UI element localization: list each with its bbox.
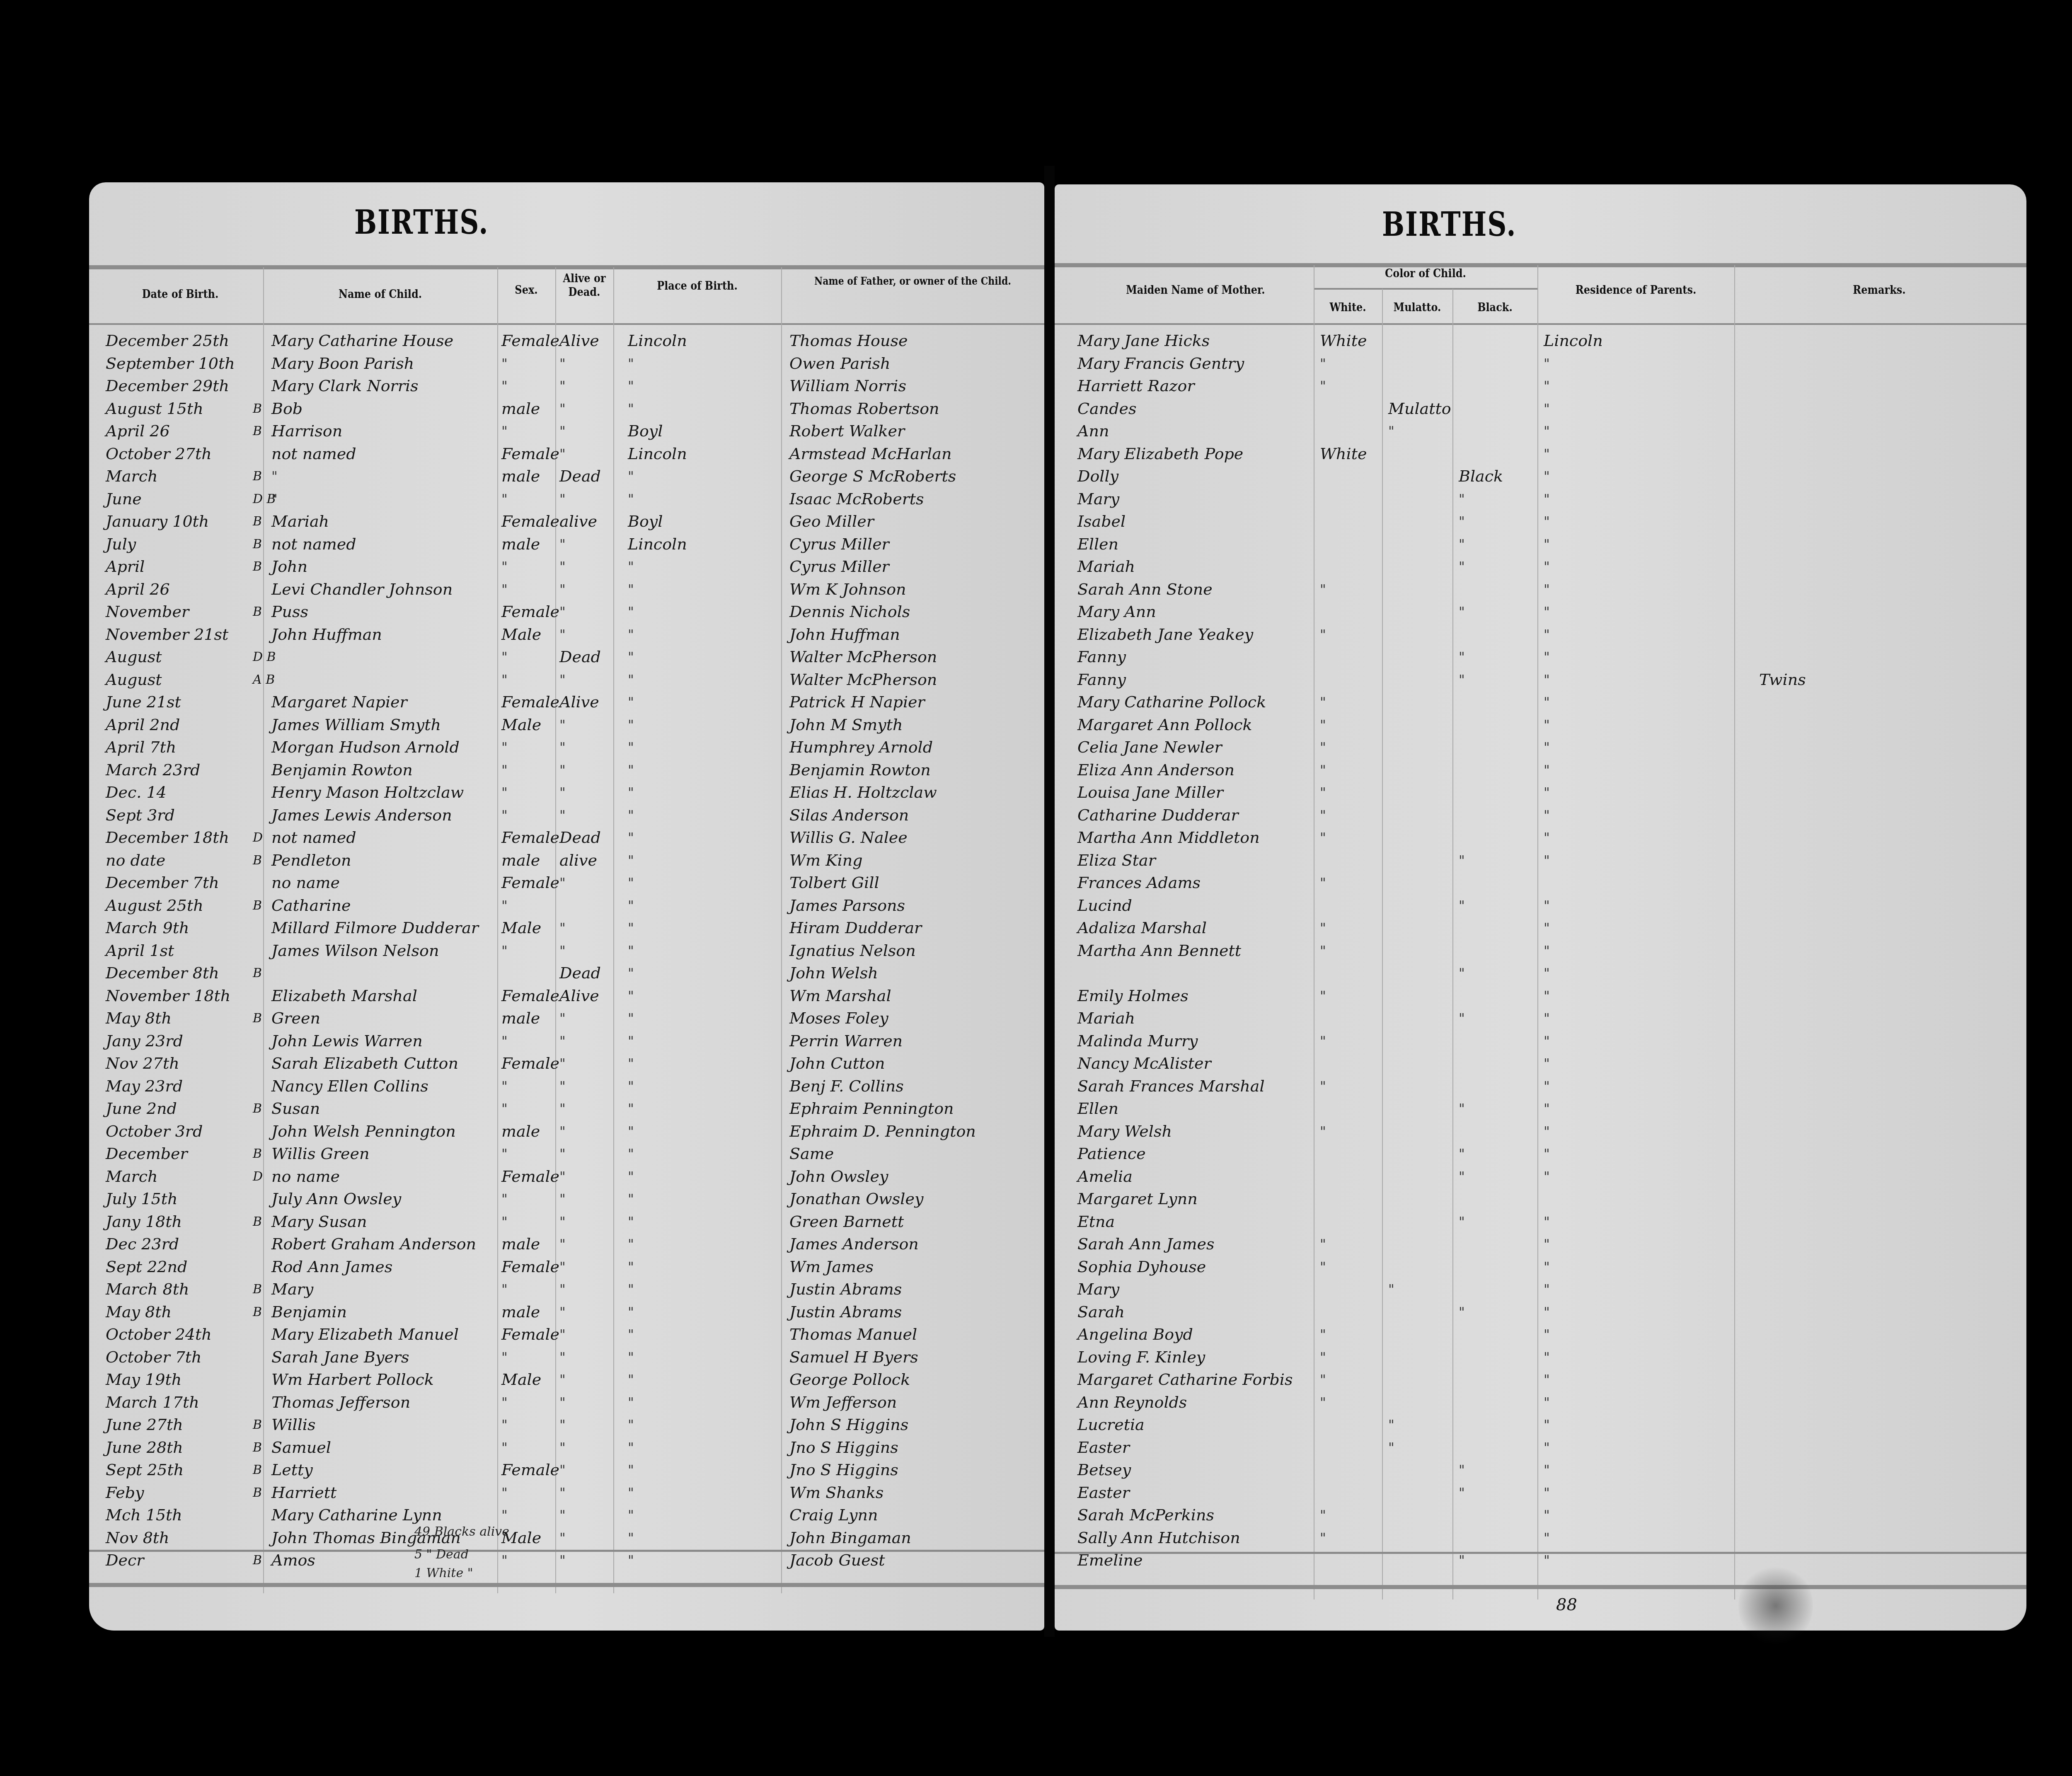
sex: " [501, 736, 508, 759]
sex: male [501, 533, 540, 556]
color-mulatto: " [1388, 1413, 1394, 1436]
status-mark: B [253, 1436, 262, 1459]
date-of-birth: December 25th [106, 329, 229, 352]
father-name: Tolbert Gill [789, 871, 879, 894]
sex: " [501, 1481, 508, 1504]
mother-maiden-name: Amelia [1077, 1165, 1133, 1188]
child-name: not named [271, 533, 356, 556]
table-row: Betsey"" [1055, 1459, 2026, 1481]
table-row: December 29thMary Clark Norris"""William… [89, 375, 1044, 397]
father-name: Justin Abrams [789, 1301, 902, 1324]
residence-of-parents: " [1544, 1210, 1550, 1233]
mother-maiden-name: Sarah Ann Stone [1077, 578, 1213, 601]
table-row: AugustA B"""Walter McPherson [89, 668, 1044, 691]
father-name: John Owsley [789, 1165, 888, 1188]
table-row: FebyBHarriett"""Wm Shanks [89, 1481, 1044, 1504]
table-row: Isabel"" [1055, 510, 2026, 533]
father-name: Justin Abrams [789, 1278, 902, 1301]
color-black: " [1459, 555, 1465, 578]
header-alive-or-dead: Alive or Dead. [562, 271, 607, 299]
alive-or-dead: " [559, 375, 566, 397]
father-name: George S McRoberts [789, 465, 956, 488]
father-name: Wm King [789, 849, 863, 872]
header-bottom-rule [89, 323, 1044, 325]
residence-of-parents: " [1544, 962, 1550, 985]
father-name: Walter McPherson [789, 668, 937, 691]
place-of-birth: " [628, 623, 634, 646]
mother-maiden-name: Martha Ann Bennett [1077, 939, 1241, 962]
father-name: John Huffman [789, 623, 900, 646]
date-of-birth: December 29th [106, 375, 229, 397]
mother-maiden-name: Sarah Frances Marshal [1077, 1075, 1265, 1098]
color-white: " [1320, 781, 1326, 804]
date-of-birth: Sept 25th [106, 1459, 184, 1481]
alive-or-dead: Alive [559, 329, 599, 352]
sex: " [501, 804, 508, 827]
father-name: Isaac McRoberts [789, 488, 924, 511]
date-of-birth: April 26 [106, 420, 170, 443]
child-name: July Ann Owsley [271, 1188, 401, 1210]
residence-of-parents: " [1544, 1504, 1550, 1527]
table-row: Fanny""Twins [1055, 668, 2026, 691]
sex: male [501, 1007, 540, 1030]
date-of-birth: June 28th [106, 1436, 183, 1459]
sex: Male [501, 623, 541, 646]
mother-maiden-name: Margaret Lynn [1077, 1188, 1198, 1210]
place-of-birth: " [628, 1142, 634, 1165]
residence-of-parents: " [1544, 646, 1550, 668]
child-name: John Welsh Pennington [271, 1120, 456, 1143]
status-mark: B [253, 1007, 262, 1030]
mother-maiden-name: Dolly [1077, 465, 1118, 488]
header-mulatto: Mulatto. [1382, 300, 1452, 314]
mother-maiden-name: Fanny [1077, 668, 1126, 691]
sex: " [501, 1504, 508, 1527]
child-name: not named [271, 826, 356, 849]
place-of-birth: " [628, 352, 634, 375]
place-of-birth: " [628, 1030, 634, 1053]
table-row: Easter"" [1055, 1481, 2026, 1504]
date-of-birth: Dec 23rd [106, 1233, 179, 1256]
child-name: Mary Clark Norris [271, 375, 419, 397]
sex: " [501, 1030, 508, 1053]
table-row: Dec. 14Henry Mason Holtzclaw"""Elias H. … [89, 781, 1044, 804]
place-of-birth: " [628, 1052, 634, 1075]
mother-maiden-name: Ann [1077, 420, 1109, 443]
alive-or-dead: Alive [559, 985, 599, 1007]
mother-maiden-name: Sarah McPerkins [1077, 1504, 1214, 1527]
place-of-birth: " [628, 1188, 634, 1210]
mother-maiden-name: Easter [1077, 1481, 1130, 1504]
child-name: Mary [271, 1278, 313, 1301]
sex: Female [501, 1165, 559, 1188]
table-row: January 10thBMariahFemalealiveBoylGeo Mi… [89, 510, 1044, 533]
header-bottom-rule [1055, 323, 2026, 325]
table-row: November 18thElizabeth MarshalFemaleAliv… [89, 985, 1044, 1007]
residence-of-parents: " [1544, 985, 1550, 1007]
date-of-birth: November [106, 600, 189, 623]
mother-maiden-name: Loving F. Kinley [1077, 1346, 1205, 1369]
date-of-birth: Nov 8th [106, 1527, 169, 1549]
status-mark: B [253, 420, 262, 443]
table-row: June 2ndBSusan"""Ephraim Pennington [89, 1097, 1044, 1120]
color-white: " [1320, 1323, 1326, 1346]
place-of-birth: " [628, 555, 634, 578]
father-name: Cyrus Miller [789, 533, 889, 556]
date-of-birth: June 21st [106, 691, 181, 714]
footer-rule [89, 1550, 1044, 1552]
place-of-birth: " [628, 1368, 634, 1391]
color-mulatto: " [1388, 1278, 1394, 1301]
father-name: John Cutton [789, 1052, 885, 1075]
alive-or-dead: " [559, 443, 566, 465]
residence-of-parents: " [1544, 939, 1550, 962]
page-number: 88 [1556, 1595, 1577, 1614]
table-row: JuneD B""""Isaac McRoberts [89, 488, 1044, 511]
alive-or-dead: alive [559, 510, 597, 533]
book-gutter [1044, 166, 1055, 1637]
father-name: James Parsons [789, 894, 905, 917]
table-row: Martha Ann Middleton"" [1055, 826, 2026, 849]
alive-or-dead: " [559, 1188, 566, 1210]
color-black: " [1459, 1481, 1465, 1504]
table-row: May 19thWm Harbert PollockMale""George P… [89, 1368, 1044, 1391]
place-of-birth: " [628, 781, 634, 804]
table-row: no dateBPendletonmalealive"Wm King [89, 849, 1044, 872]
status-mark: B [253, 397, 262, 420]
father-name: Benj F. Collins [789, 1075, 904, 1098]
alive-or-dead: " [559, 1030, 566, 1053]
alive-or-dead: " [559, 759, 566, 782]
residence-of-parents: " [1544, 600, 1550, 623]
mother-maiden-name: Eliza Ann Anderson [1077, 759, 1234, 782]
mother-maiden-name: Mary Elizabeth Pope [1077, 443, 1243, 465]
sex: " [501, 1413, 508, 1436]
child-name: " [271, 488, 278, 511]
date-of-birth: December 8th [106, 962, 219, 985]
father-name: Ignatius Nelson [789, 939, 916, 962]
place-of-birth: " [628, 985, 634, 1007]
sex: " [501, 668, 508, 691]
remarks: Twins [1759, 668, 1806, 691]
table-row: April 1stJames Wilson Nelson"""Ignatius … [89, 939, 1044, 962]
alive-or-dead: " [559, 736, 566, 759]
father-name: Wm K Johnson [789, 578, 906, 601]
child-name: Benjamin [271, 1301, 347, 1324]
color-white: " [1320, 1030, 1326, 1053]
table-row: March 17thThomas Jefferson"""Wm Jefferso… [89, 1391, 1044, 1414]
mother-maiden-name: Margaret Catharine Forbis [1077, 1368, 1293, 1391]
table-row: Mariah"" [1055, 1007, 2026, 1030]
table-row: Mch 15thMary Catharine Lynn"""Craig Lynn [89, 1504, 1044, 1527]
alive-or-dead: " [559, 555, 566, 578]
place-of-birth: " [628, 1481, 634, 1504]
status-mark: B [253, 510, 262, 533]
place-of-birth: Boyl [628, 510, 663, 533]
sex: " [501, 1549, 508, 1572]
color-white: " [1320, 871, 1326, 894]
mother-maiden-name: Adaliza Marshal [1077, 917, 1207, 939]
status-mark: B [253, 962, 262, 985]
table-row: Mary Ann"" [1055, 600, 2026, 623]
father-name: Jonathan Owsley [789, 1188, 923, 1210]
child-name: Mary Catharine House [271, 329, 453, 352]
sex: " [501, 1346, 508, 1369]
residence-of-parents: " [1544, 420, 1550, 443]
date-of-birth: April [106, 555, 145, 578]
place-of-birth: Lincoln [628, 533, 687, 556]
table-row: December 7thno nameFemale""Tolbert Gill [89, 871, 1044, 894]
color-white: " [1320, 578, 1326, 601]
residence-of-parents: " [1544, 1052, 1550, 1075]
mother-maiden-name: Ellen [1077, 1097, 1118, 1120]
table-row: Nov 8thJohn Thomas BingamanMale""John Bi… [89, 1527, 1044, 1549]
table-row: October 3rdJohn Welsh Penningtonmale""Ep… [89, 1120, 1044, 1143]
mother-maiden-name: Eliza Star [1077, 849, 1156, 872]
table-row: Sarah McPerkins"" [1055, 1504, 2026, 1527]
residence-of-parents: " [1544, 465, 1550, 488]
mother-maiden-name: Celia Jane Newler [1077, 736, 1222, 759]
child-name: Willis Green [271, 1142, 370, 1165]
color-black: " [1459, 510, 1465, 533]
color-white: " [1320, 939, 1326, 962]
table-row: Mariah"" [1055, 555, 2026, 578]
child-name: Benjamin Rowton [271, 759, 413, 782]
date-of-birth: August 25th [106, 894, 203, 917]
status-mark: B [253, 533, 262, 556]
header-top-rule [1055, 263, 2026, 267]
residence-of-parents: " [1544, 1278, 1550, 1301]
table-row: Jany 18thBMary Susan"""Green Barnett [89, 1210, 1044, 1233]
sex: " [501, 894, 508, 917]
status-mark: B [253, 1549, 262, 1572]
status-mark: D [253, 826, 263, 849]
sex: " [501, 1075, 508, 1098]
table-row: Ann"" [1055, 420, 2026, 443]
table-row: April 7thMorgan Hudson Arnold"""Humphrey… [89, 736, 1044, 759]
residence-of-parents: " [1544, 849, 1550, 872]
color-black: Black [1459, 465, 1503, 488]
table-row: Adaliza Marshal"" [1055, 917, 2026, 939]
date-of-birth: Sept 22nd [106, 1256, 187, 1278]
sex: male [501, 397, 540, 420]
father-name: Samuel H Byers [789, 1346, 918, 1369]
table-row: AugustD B"Dead"Walter McPherson [89, 646, 1044, 668]
mother-maiden-name: Martha Ann Middleton [1077, 826, 1260, 849]
sex: " [501, 646, 508, 668]
header-place-of-birth: Place of Birth. [613, 278, 781, 293]
residence-of-parents: " [1544, 1368, 1550, 1391]
sex: Female [501, 510, 559, 533]
father-name: Owen Parish [789, 352, 891, 375]
father-name: Robert Walker [789, 420, 905, 443]
child-name: Amos [271, 1549, 315, 1572]
residence-of-parents: " [1544, 623, 1550, 646]
table-row: Sarah"" [1055, 1301, 2026, 1324]
sex: Female [501, 600, 559, 623]
sex: " [501, 578, 508, 601]
place-of-birth: " [628, 1120, 634, 1143]
table-row: Jany 23rdJohn Lewis Warren"""Perrin Warr… [89, 1030, 1044, 1053]
date-of-birth: Mch 15th [106, 1504, 182, 1527]
header-maiden-name-of-mother: Maiden Name of Mother. [1080, 283, 1312, 297]
table-row: November 21stJohn HuffmanMale""John Huff… [89, 623, 1044, 646]
table-row: March 9thMillard Filmore DudderarMale""H… [89, 917, 1044, 939]
father-name: Thomas Manuel [789, 1323, 917, 1346]
child-name: Harriett [271, 1481, 336, 1504]
residence-of-parents: " [1544, 1075, 1550, 1098]
table-row: Emily Holmes"" [1055, 985, 2026, 1007]
table-row: May 23rdNancy Ellen Collins"""Benj F. Co… [89, 1075, 1044, 1098]
color-black: " [1459, 1210, 1465, 1233]
child-name: not named [271, 443, 356, 465]
color-black: " [1459, 488, 1465, 511]
child-name: Elizabeth Marshal [271, 985, 417, 1007]
father-name: Elias H. Holtzclaw [789, 781, 937, 804]
child-name: Susan [271, 1097, 320, 1120]
father-name: John Welsh [789, 962, 878, 985]
child-name: Levi Chandler Johnson [271, 578, 453, 601]
color-black: " [1459, 1301, 1465, 1324]
tally-dead: 5 " Dead [414, 1548, 469, 1562]
mother-maiden-name: Ellen [1077, 533, 1118, 556]
date-of-birth: June 2nd [106, 1097, 177, 1120]
child-name: Willis [271, 1413, 316, 1436]
header-date-of-birth: Date of Birth. [97, 287, 263, 301]
sex: " [501, 1278, 508, 1301]
child-name: Pendleton [271, 849, 351, 872]
mother-maiden-name: Malinda Murry [1077, 1030, 1198, 1053]
sex: " [501, 1210, 508, 1233]
place-of-birth: " [628, 1256, 634, 1278]
date-of-birth: Sept 3rd [106, 804, 175, 827]
date-of-birth: November 21st [106, 623, 228, 646]
status-mark: B [253, 1142, 262, 1165]
status-mark: B [253, 1413, 262, 1436]
table-row: Eliza Ann Anderson"" [1055, 759, 2026, 782]
place-of-birth: " [628, 1459, 634, 1481]
place-of-birth: " [628, 691, 634, 714]
alive-or-dead: " [559, 623, 566, 646]
mother-maiden-name: Harriett Razor [1077, 375, 1195, 397]
table-row: DecrBAmos"""Jacob Guest [89, 1549, 1044, 1572]
table-row: Sarah Ann Stone"" [1055, 578, 2026, 601]
child-name: no name [271, 1165, 340, 1188]
left-page-title: BIRTHS. [354, 203, 489, 242]
father-name: John Bingaman [789, 1527, 911, 1549]
alive-or-dead: Dead [559, 465, 601, 488]
place-of-birth: " [628, 578, 634, 601]
table-row: Lucretia"" [1055, 1413, 2026, 1436]
father-name: Jno S Higgins [789, 1436, 898, 1459]
table-row: Margaret Ann Pollock"" [1055, 714, 2026, 736]
color-black: " [1459, 1097, 1465, 1120]
child-name: Mary Susan [271, 1210, 367, 1233]
alive-or-dead: Dead [559, 646, 601, 668]
mother-maiden-name: Candes [1077, 397, 1137, 420]
status-mark: B [253, 849, 262, 872]
child-name: John Huffman [271, 623, 382, 646]
color-white: " [1320, 623, 1326, 646]
sex: male [501, 1120, 540, 1143]
alive-or-dead: " [559, 1301, 566, 1324]
header-remarks: Remarks. [1734, 283, 2024, 297]
table-row: Nov 27thSarah Elizabeth CuttonFemale""Jo… [89, 1052, 1044, 1075]
place-of-birth: " [628, 962, 634, 985]
child-name: Mary Elizabeth Manuel [271, 1323, 459, 1346]
status-mark: B [253, 600, 262, 623]
date-of-birth: December 7th [106, 871, 219, 894]
color-black: " [1459, 668, 1465, 691]
father-name: Ephraim D. Pennington [789, 1120, 976, 1143]
date-of-birth: May 8th [106, 1301, 172, 1324]
sex: Male [501, 917, 541, 939]
father-name: Moses Foley [789, 1007, 888, 1030]
table-row: March 23rdBenjamin Rowton"""Benjamin Row… [89, 759, 1044, 782]
sex: " [501, 420, 508, 443]
residence-of-parents: " [1544, 510, 1550, 533]
date-of-birth: September 10th [106, 352, 235, 375]
date-of-birth: May 8th [106, 1007, 172, 1030]
color-white: " [1320, 1075, 1326, 1098]
father-name: Green Barnett [789, 1210, 904, 1233]
table-row: Martha Ann Bennett"" [1055, 939, 2026, 962]
father-name: Willis G. Nalee [789, 826, 908, 849]
residence-of-parents: " [1544, 894, 1550, 917]
child-name: Catharine [271, 894, 351, 917]
place-of-birth: " [628, 804, 634, 827]
sex: " [501, 1142, 508, 1165]
mother-maiden-name: Emily Holmes [1077, 985, 1188, 1007]
table-row: October 27thnot namedFemale"LincolnArmst… [89, 443, 1044, 465]
residence-of-parents: Lincoln [1544, 329, 1603, 352]
color-white: " [1320, 1233, 1326, 1256]
child-name: Henry Mason Holtzclaw [271, 781, 464, 804]
place-of-birth: Boyl [628, 420, 663, 443]
color-white: " [1320, 1391, 1326, 1414]
child-name: Rod Ann James [271, 1256, 392, 1278]
table-row: Celia Jane Newler"" [1055, 736, 2026, 759]
table-row: October 24thMary Elizabeth ManuelFemale"… [89, 1323, 1044, 1346]
place-of-birth: Lincoln [628, 329, 687, 352]
place-of-birth: " [628, 465, 634, 488]
sex: " [501, 781, 508, 804]
mother-maiden-name: Mary Ann [1077, 600, 1156, 623]
residence-of-parents: " [1544, 555, 1550, 578]
father-name: Wm Jefferson [789, 1391, 897, 1414]
child-name: Morgan Hudson Arnold [271, 736, 460, 759]
table-row: Mary Catharine Pollock"" [1055, 691, 2026, 714]
place-of-birth: " [628, 1323, 634, 1346]
alive-or-dead: " [559, 1459, 566, 1481]
residence-of-parents: " [1544, 1459, 1550, 1481]
color-white: White [1320, 329, 1367, 352]
residence-of-parents: " [1544, 804, 1550, 827]
table-row: Patience"" [1055, 1142, 2026, 1165]
header-father-name: Name of Father, or owner of the Child. [781, 274, 1044, 288]
footer-thick-rule [89, 1583, 1044, 1587]
residence-of-parents: " [1544, 443, 1550, 465]
color-white: " [1320, 1527, 1326, 1549]
color-white: " [1320, 375, 1326, 397]
date-of-birth: March [106, 465, 158, 488]
table-row: Dec 23rdRobert Graham Andersonmale""Jame… [89, 1233, 1044, 1256]
father-name: Dennis Nichols [789, 600, 910, 623]
alive-or-dead: " [559, 714, 566, 736]
date-of-birth: July 15th [106, 1188, 178, 1210]
place-of-birth: " [628, 668, 634, 691]
sex: Female [501, 1459, 559, 1481]
